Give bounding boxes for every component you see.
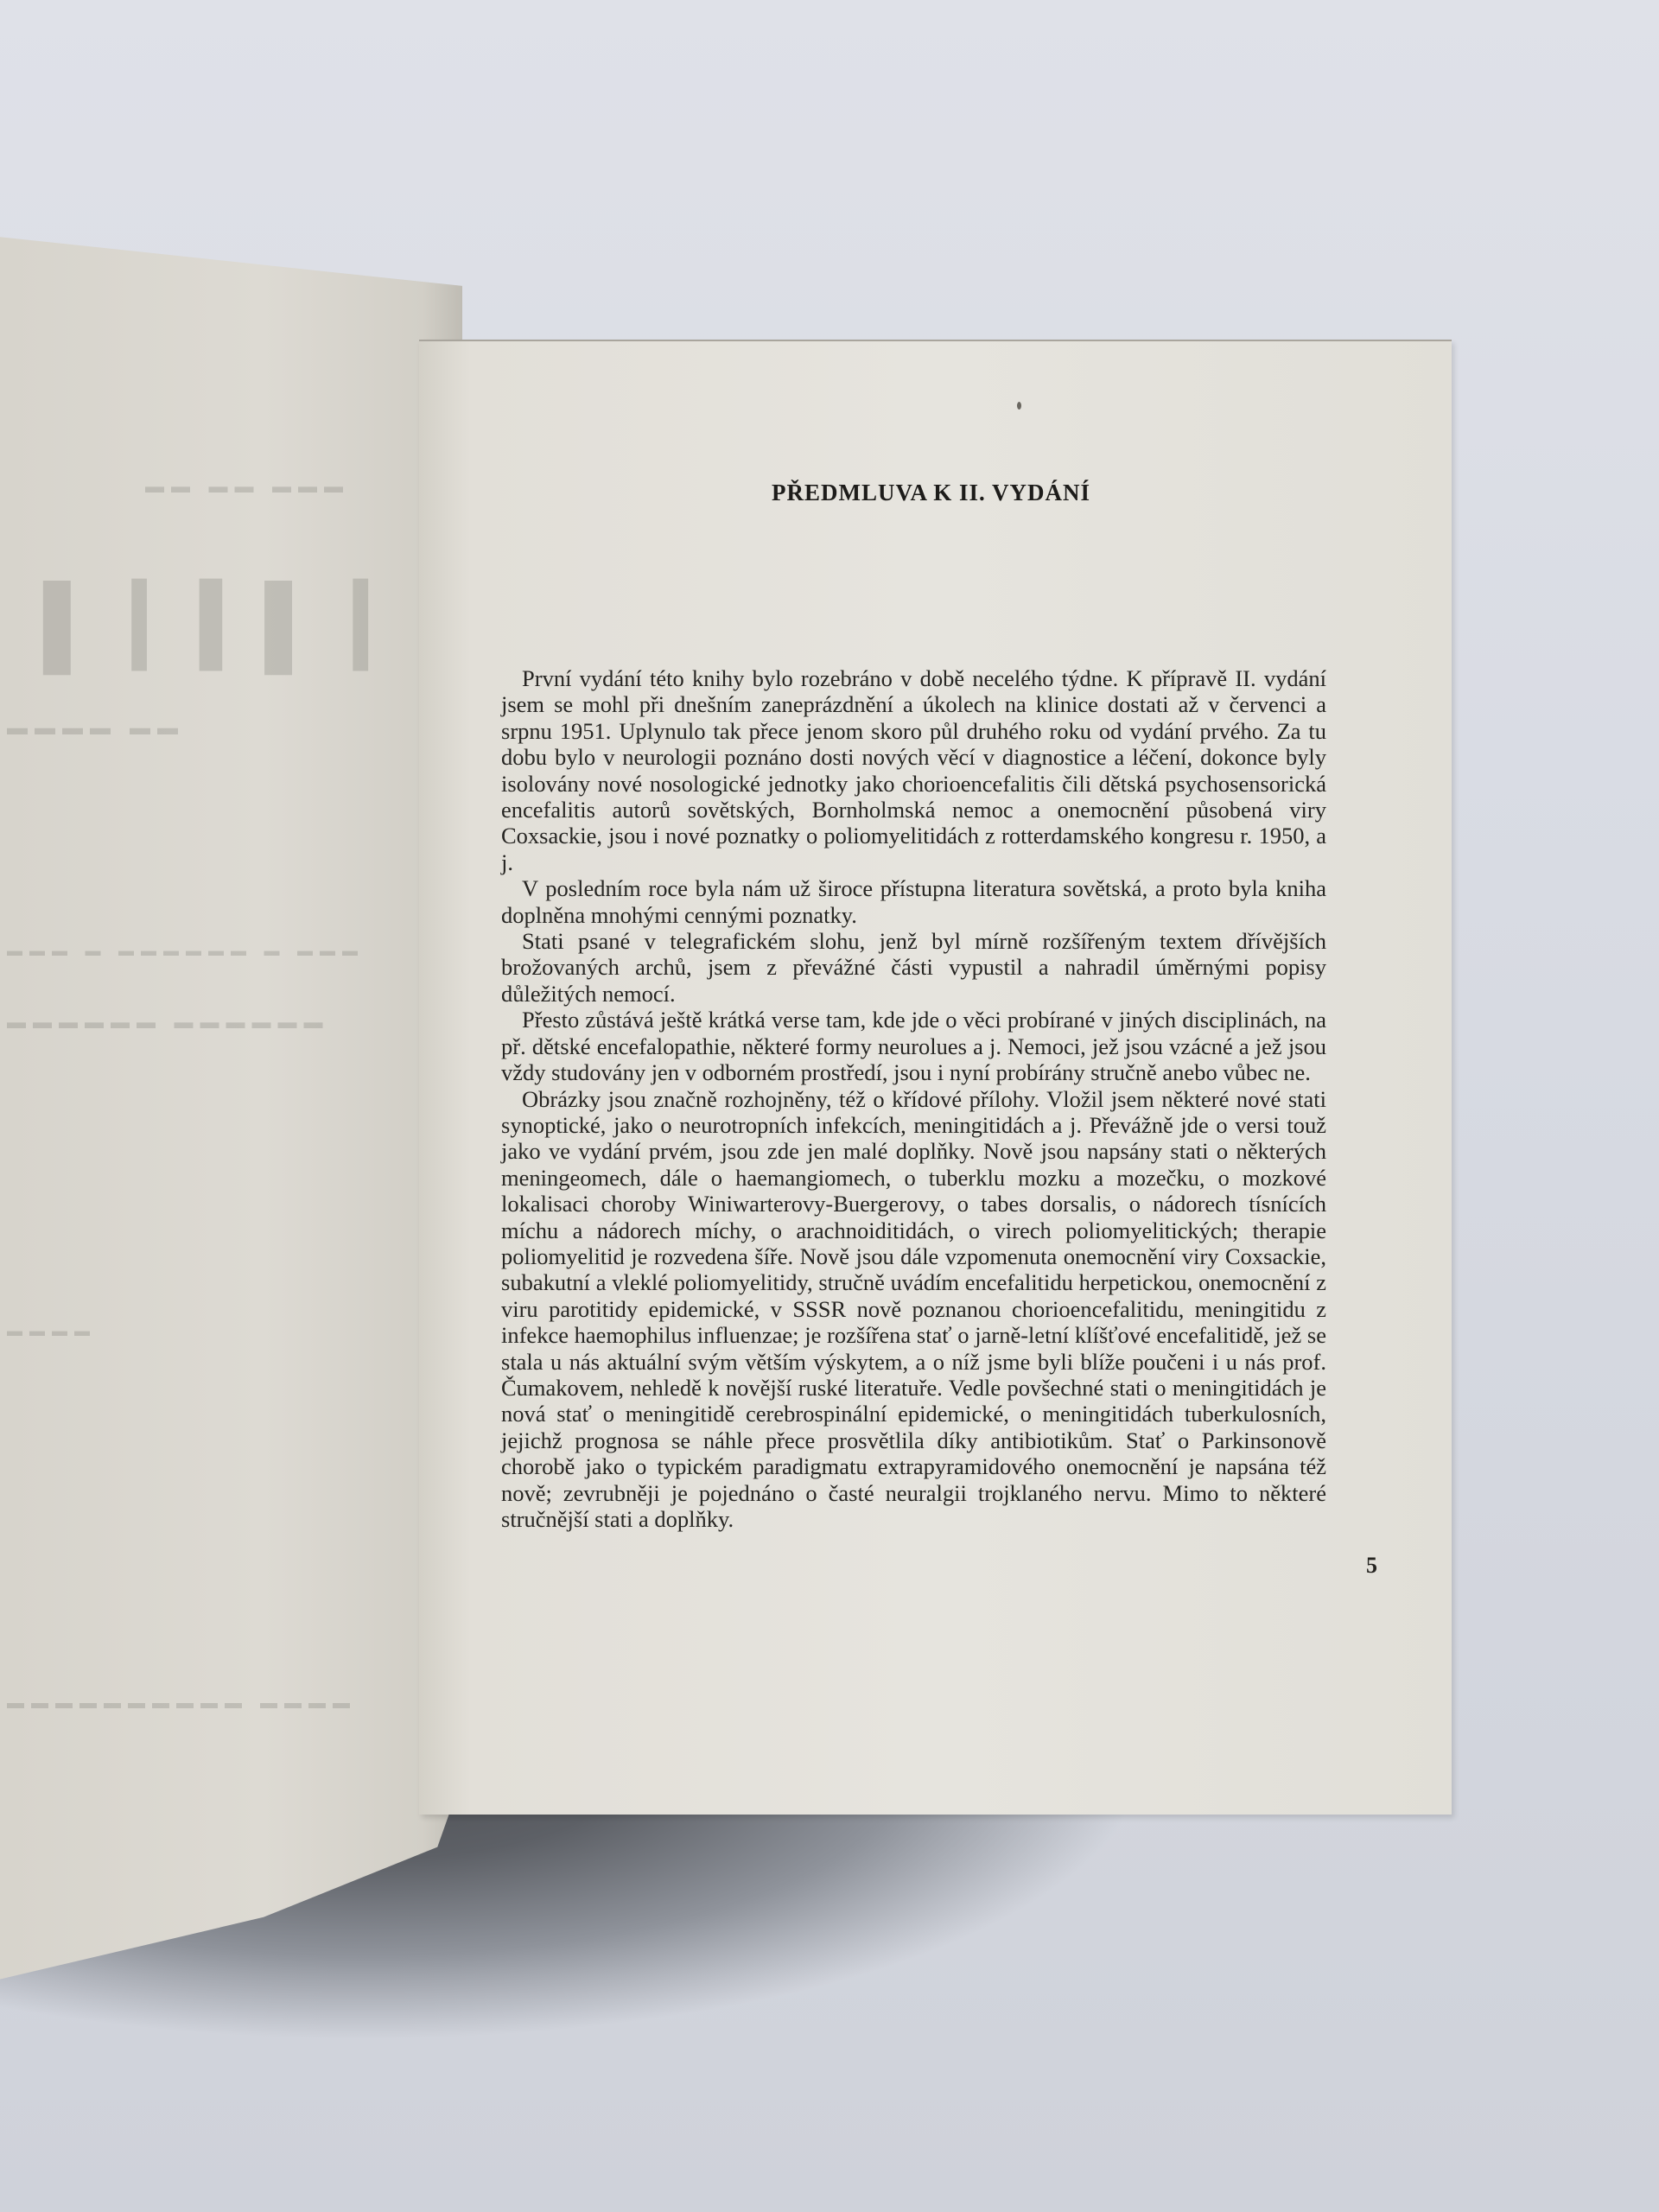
paragraph: Stati psané v telegrafickém slohu, jenž … [501, 928, 1326, 1007]
show-through-text: ▬▬▬ ▬ ▬▬▬▬▬▬ ▬ ▬▬▬ [0, 942, 358, 960]
paper-speck [1017, 402, 1021, 410]
left-page: ▬▬▬ ▬▬ ▬▬ ▌▍▎▌▍▎▌ ▬▬ ▬▬▬▬ ▬▬▬ ▬ ▬▬▬▬▬▬ ▬… [0, 233, 462, 1987]
right-page: PŘEDMLUVA K II. VYDÁNÍ První vydání této… [419, 340, 1452, 1815]
show-through-text: ▬▬▬▬ ▬▬▬▬▬▬▬▬▬▬ [0, 1694, 350, 1713]
page-number: 5 [1366, 1553, 1377, 1579]
paragraph: Přesto zůstává ještě krátká verse tam, k… [501, 1007, 1326, 1085]
preface-body: První vydání této knihy bylo rozebráno v… [501, 665, 1326, 1532]
paragraph: Obrázky jsou značně rozhojněny, též o kř… [501, 1086, 1326, 1533]
show-through-text: ▬▬ ▬▬▬▬ [0, 717, 178, 741]
show-through-text: ▬▬▬▬▬▬ ▬▬▬▬▬▬ [0, 1011, 323, 1033]
show-through-text: ▬▬▬ ▬▬ ▬▬ [138, 475, 343, 498]
paragraph: První vydání této knihy bylo rozebráno v… [501, 665, 1326, 875]
show-through-text: ▬▬▬▬ [0, 1322, 90, 1340]
page-heading: PŘEDMLUVA K II. VYDÁNÍ [501, 480, 1361, 506]
paragraph: V posledním roce byla nám už široce přís… [501, 875, 1326, 928]
